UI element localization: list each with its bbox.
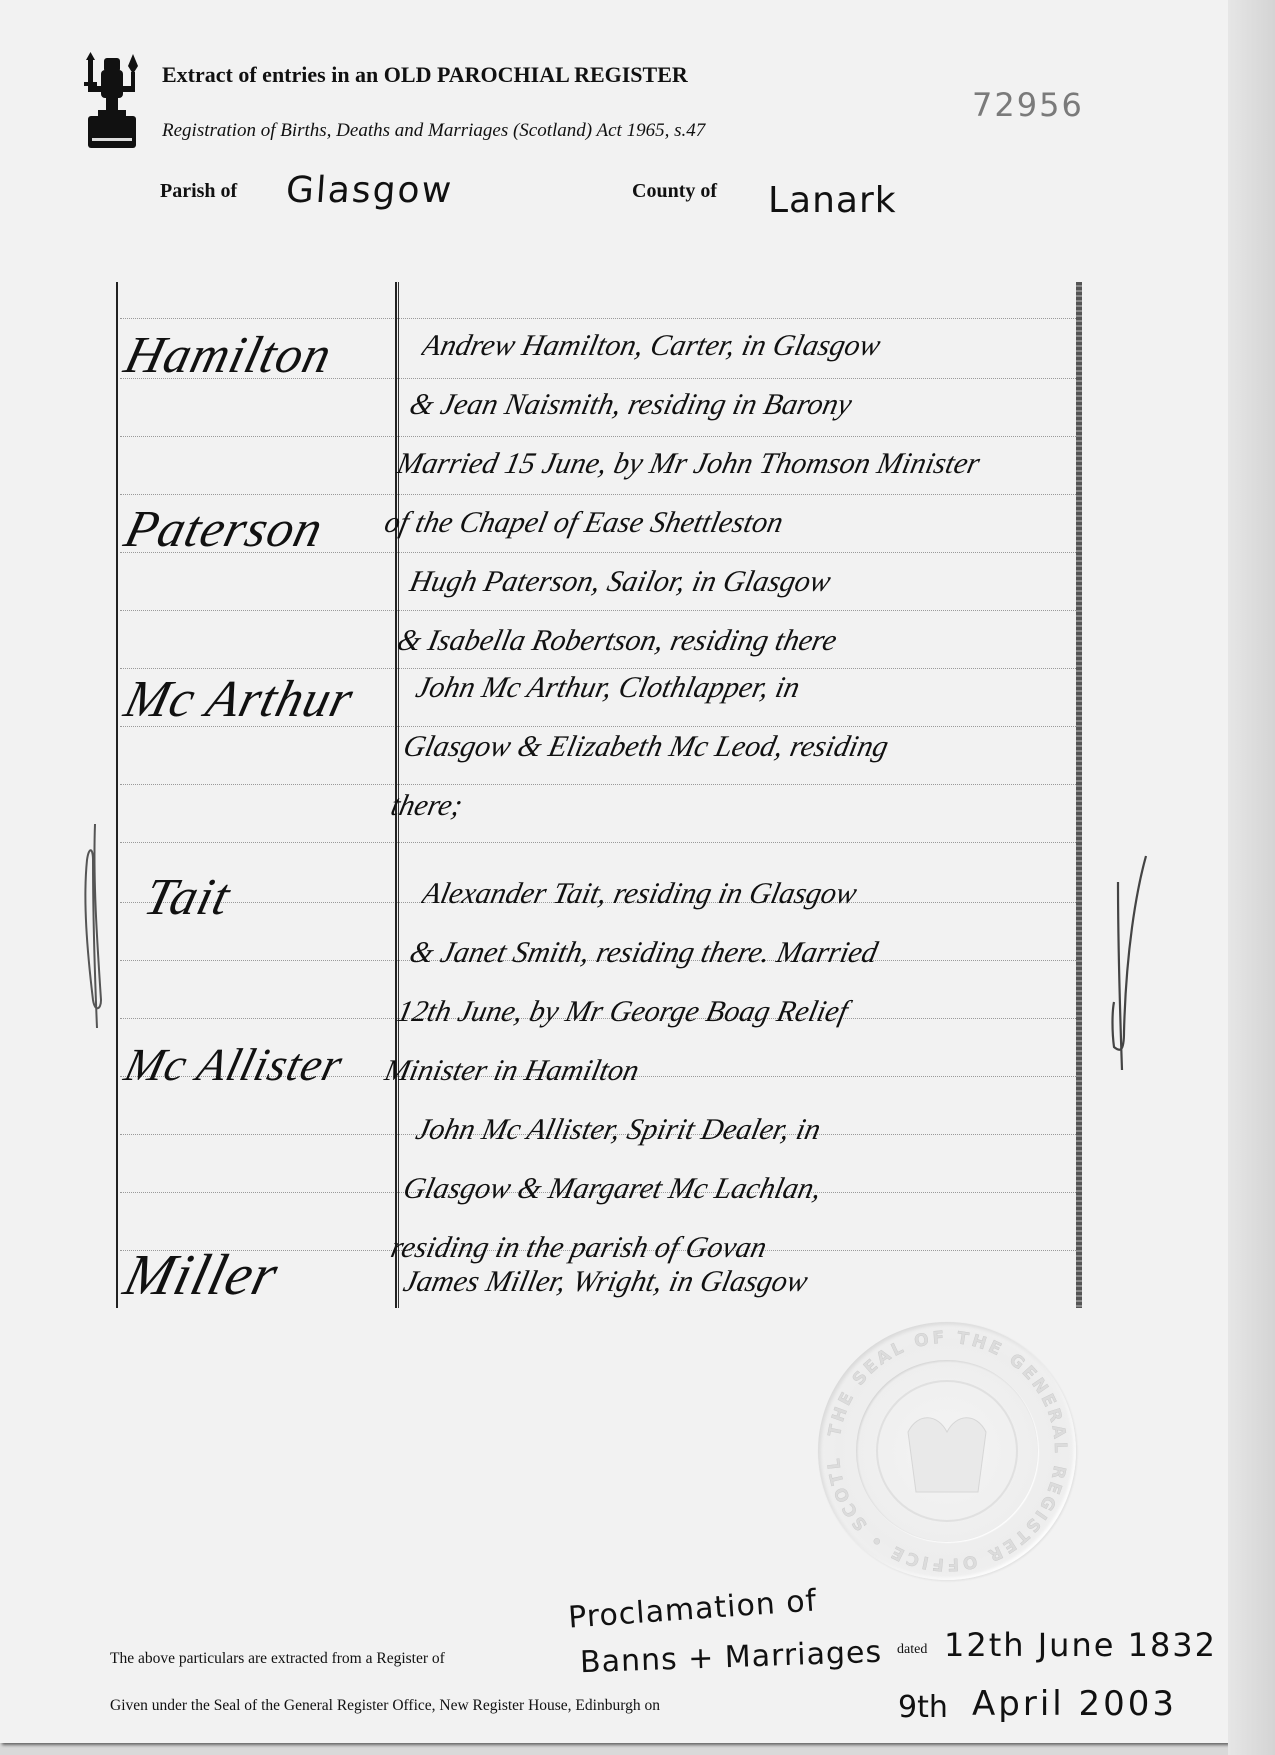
scan-background-strip — [1228, 0, 1275, 1755]
royal-crest-icon — [84, 52, 140, 150]
entry-surname: Mc Allister — [120, 1042, 399, 1088]
entry-surname: Miller — [119, 1246, 401, 1304]
register-entry: John Mc Allister, Spirit Dealer, in Glas… — [385, 1100, 1091, 1277]
entry-surname: Hamilton — [120, 330, 401, 382]
register-table: Hamilton Andrew Hamilton, Carter, in Gla… — [116, 282, 1082, 1308]
register-entry: John Mc Arthur, Clothlapper, in Glasgow … — [385, 658, 1091, 835]
margin-check-mark-icon — [75, 820, 103, 1030]
entry-surname: Tait — [140, 872, 421, 924]
serial-number: 72956 — [972, 86, 1084, 124]
register-entry: Alexander Tait, residing in Glasgow & Ja… — [379, 864, 1097, 1100]
given-date: April 2003 — [972, 1684, 1177, 1724]
margin-check-mark-icon — [1110, 852, 1150, 1077]
county-label: County of — [632, 180, 717, 203]
given-day: 9th — [898, 1690, 948, 1725]
document-title: Extract of entries in an OLD PAROCHIAL R… — [162, 62, 688, 88]
dated-value: 12th June 1832 — [944, 1626, 1217, 1664]
register-left-rule — [116, 282, 118, 1308]
parish-value: Glasgow — [285, 170, 455, 211]
document-subtitle: Registration of Births, Deaths and Marri… — [162, 120, 705, 142]
register-entry: James Miller, Wright, in Glasgow — [398, 1252, 1079, 1311]
register-entry: Andrew Hamilton, Carter, in Glasgow & Je… — [379, 316, 1097, 552]
embossed-seal: THE SEAL OF THE GENERAL REGISTER OFFICE … — [818, 1322, 1076, 1580]
county-value: Lanark — [768, 180, 897, 221]
register-entry: Hugh Paterson, Sailor, in Glasgow & Isab… — [391, 552, 1084, 670]
parish-label: Parish of — [160, 180, 237, 203]
entry-surname: Mc Arthur — [120, 674, 401, 726]
seal-emblem-icon: THE SEAL OF THE GENERAL REGISTER OFFICE … — [818, 1322, 1076, 1580]
given-under-seal-label: Given under the Seal of the General Regi… — [110, 1697, 660, 1715]
entry-surname: Paterson — [120, 504, 401, 556]
register-source-label: The above particulars are extracted from… — [110, 1650, 445, 1668]
dated-label: dated — [897, 1642, 927, 1658]
